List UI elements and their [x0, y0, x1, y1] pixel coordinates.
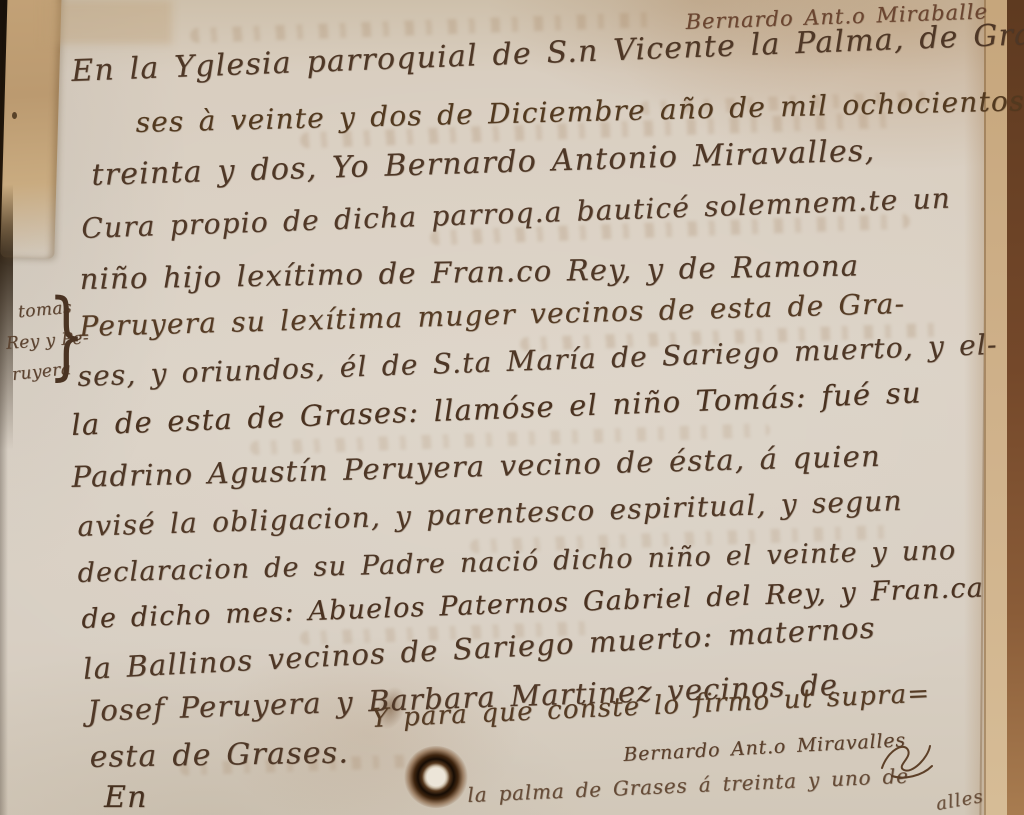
- ink-speck: [12, 112, 17, 119]
- manuscript-page: Bernardo Ant.o Miraballe tomas Rey y Pe-…: [0, 0, 1024, 815]
- next-record-opening-fragment: En: [104, 780, 148, 815]
- record-line-15: esta de Grases.: [89, 735, 349, 775]
- repair-guard-stain: [42, 0, 172, 44]
- next-page-edge: [1007, 0, 1024, 815]
- burn-hole: [404, 746, 468, 808]
- page-fore-edge: [984, 0, 1008, 815]
